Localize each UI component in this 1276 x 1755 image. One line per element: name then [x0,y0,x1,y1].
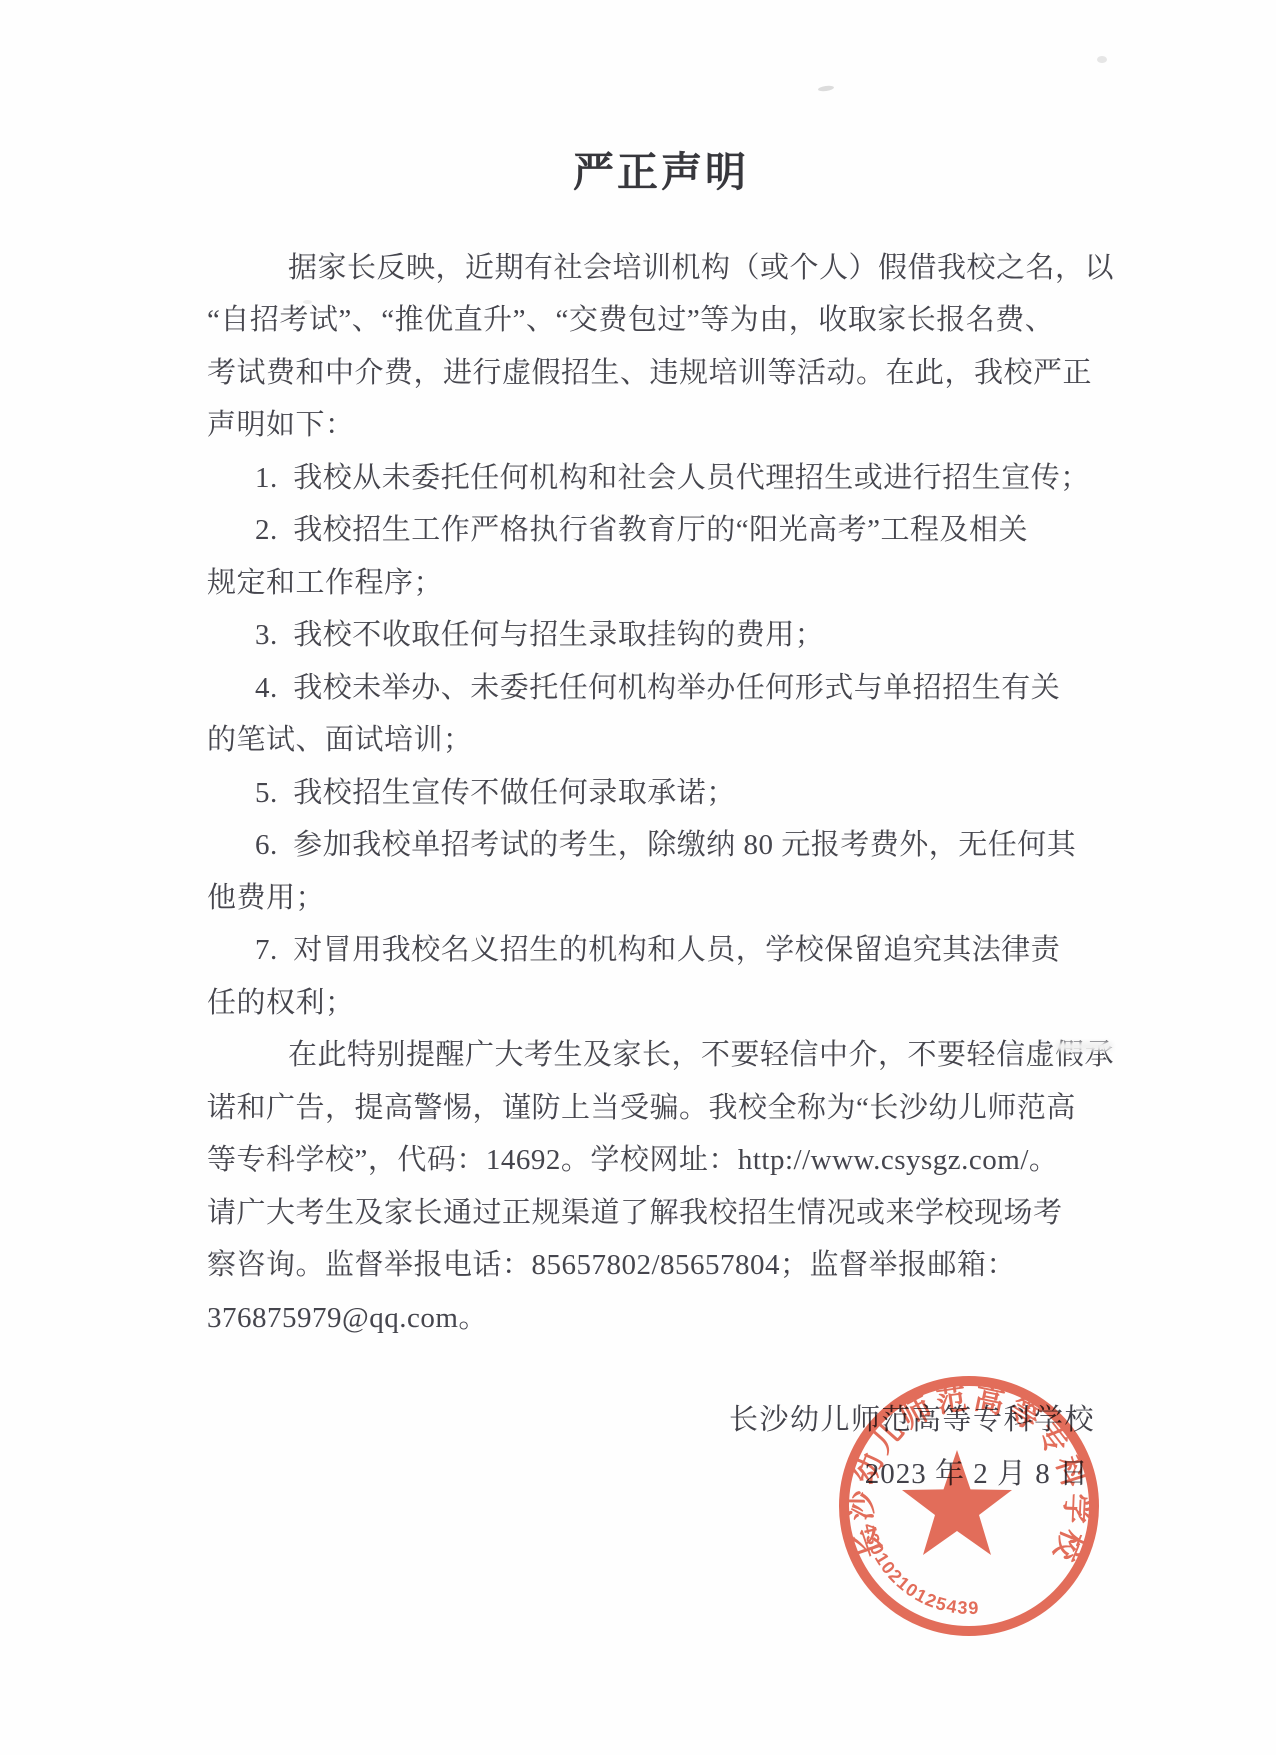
star-icon [902,1450,1012,1555]
body-line: 任的权利； [207,974,1102,1027]
body-line: “自招考试”、“推优直升”、“交费包过”等为由，收取家长报名费、 [207,292,1102,345]
body-line-item-1: 1. 我校从未委托任何机构和社会人员代理招生或进行招生宣传； [207,449,1102,502]
body-line: 等专科学校”，代码：14692。学校网址：http://www.csysgz.c… [207,1132,1102,1185]
body-line: 据家长反映，近期有社会培训机构（或个人）假借我校之名，以 [207,239,1102,292]
seal-code-text: 43010210125439 [859,1521,980,1618]
body-line: 规定和工作程序； [207,554,1102,607]
body-line-item-4: 4. 我校未举办、未委托任何机构举办任何形式与单招招生有关 [207,659,1102,712]
body-line: 诺和广告，提高警惕，谨防上当受骗。我校全称为“长沙幼儿师范高 [207,1079,1102,1132]
body-line: 在此特别提醒广大考生及家长，不要轻信中介，不要轻信虚假承 [207,1027,1102,1080]
page-title: 严正声明 [0,139,1276,198]
scan-artifact [818,85,835,92]
body-line: 376875979@qq.com。 [207,1289,1102,1342]
statement-body: 据家长反映，近期有社会培训机构（或个人）假借我校之名，以 “自招考试”、“推优直… [207,239,1102,1342]
body-line: 他费用； [207,869,1102,922]
body-line-item-6: 6. 参加我校单招考试的考生，除缴纳 80 元报考费外，无任何其 [207,817,1102,870]
body-line: 的笔试、面试培训； [207,712,1102,765]
body-line-item-3: 3. 我校不收取任何与招生录取挂钩的费用； [207,607,1102,660]
body-line: 考试费和中介费，进行虚假招生、违规培训等活动。在此，我校严正 [207,344,1102,397]
official-seal-stamp: 长沙幼儿师范高等专科学校 43010210125439 [820,1358,1120,1658]
scanned-statement-page: 严正声明 据家长反映，近期有社会培训机构（或个人）假借我校之名，以 “自招考试”… [0,0,1276,1755]
scan-artifact [1097,56,1107,63]
body-line: 请广大考生及家长通过正规渠道了解我校招生情况或来学校现场考 [207,1184,1102,1237]
body-line-item-2: 2. 我校招生工作严格执行省教育厅的“阳光高考”工程及相关 [207,502,1102,555]
body-line-item-7: 7. 对冒用我校名义招生的机构和人员，学校保留追究其法律责 [207,922,1102,975]
body-line-item-5: 5. 我校招生宣传不做任何录取承诺； [207,764,1102,817]
body-line: 声明如下： [207,397,1102,450]
body-line: 察咨询。监督举报电话：85657802/85657804；监督举报邮箱： [207,1237,1102,1290]
